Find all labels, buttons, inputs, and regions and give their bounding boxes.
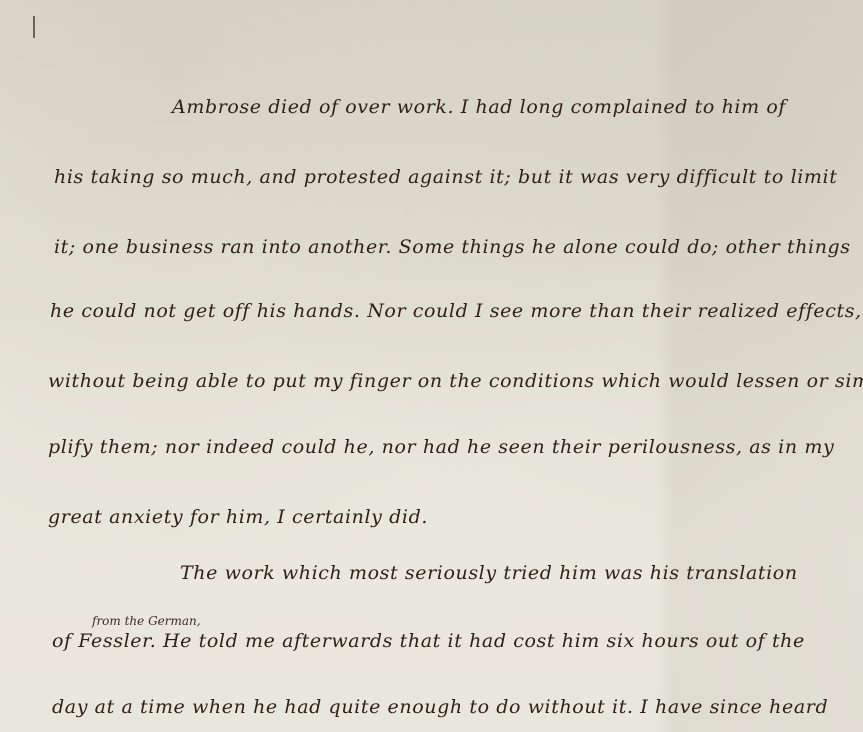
manuscript-page: Ambrose died of over work. I had long co…: [0, 0, 863, 732]
manuscript-line-6: plify them; nor indeed could he, nor had…: [48, 436, 834, 458]
manuscript-line-5: without being able to put my finger on t…: [48, 370, 863, 392]
manuscript-line-7: great anxiety for him, I certainly did.: [48, 506, 428, 528]
margin-pencil-mark: [33, 16, 35, 38]
manuscript-line-4: he could not get off his hands. Nor coul…: [50, 300, 862, 322]
manuscript-line-2: his taking so much, and protested agains…: [54, 166, 837, 188]
manuscript-line-10: day at a time when he had quite enough t…: [52, 696, 828, 718]
manuscript-line-1: Ambrose died of over work. I had long co…: [172, 96, 786, 118]
manuscript-line-3: it; one business ran into another. Some …: [54, 236, 851, 258]
manuscript-line-9: of Fessler. He told me afterwards that i…: [52, 630, 805, 652]
manuscript-line-8: The work which most seriously tried him …: [180, 562, 798, 584]
interlinear-insertion: from the German,: [92, 614, 201, 628]
